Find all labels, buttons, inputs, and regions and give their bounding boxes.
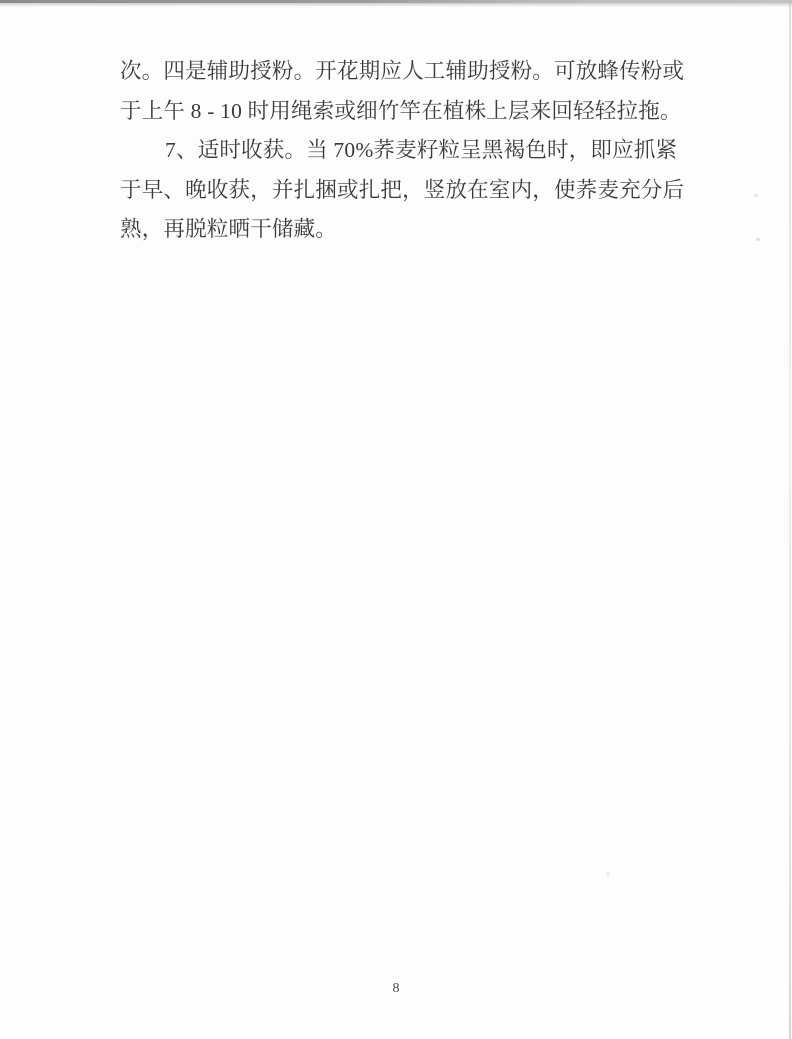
text-line-5: 熟，再脱粒晒干储藏。 <box>120 210 680 250</box>
body-text: 次。四是辅助授粉。开花期应人工辅助授粉。可放蜂传粉或 于上午 8 - 10 时用… <box>120 52 680 250</box>
scan-speck <box>756 238 760 241</box>
page-number: 8 <box>0 981 792 997</box>
scanned-document-page: 次。四是辅助授粉。开花期应人工辅助授粉。可放蜂传粉或 于上午 8 - 10 时用… <box>0 0 792 1039</box>
scan-speck <box>754 194 758 197</box>
text-line-4: 于早、晚收获，并扎捆或扎把，竖放在室内，使荞麦充分后 <box>120 171 680 211</box>
scan-speck <box>606 872 610 876</box>
text-line-3: 7、适时收获。当 70%荞麦籽粒呈黑褐色时，即应抓紧 <box>120 131 680 171</box>
text-line-2: 于上午 8 - 10 时用绳索或细竹竿在植株上层来回轻轻拉拖。 <box>120 92 680 132</box>
scan-artifact-top-edge-fade <box>0 3 792 7</box>
scan-artifact-right-edge <box>789 0 791 1039</box>
text-line-1: 次。四是辅助授粉。开花期应人工辅助授粉。可放蜂传粉或 <box>120 52 680 92</box>
